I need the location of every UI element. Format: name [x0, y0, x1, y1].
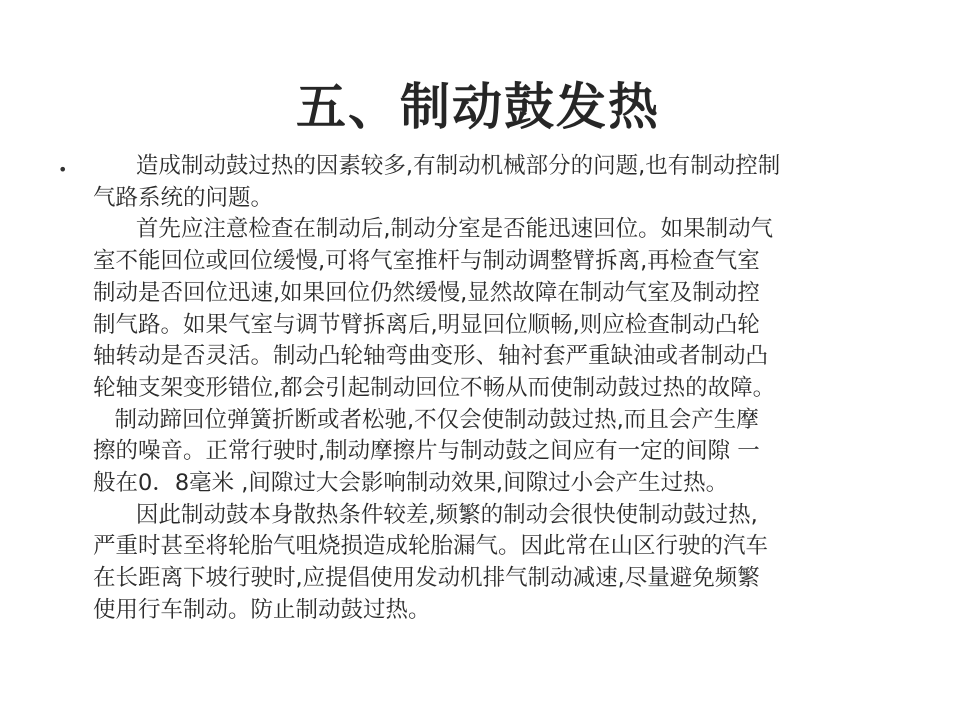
text-line: 制动蹄回位弹簧折断或者松驰,不仅会使制动鼓过热,而且会产生摩 — [93, 405, 913, 437]
text-line: 般在0．8毫米 ,间隙过大会影响制动效果,间隙过小会产生过热。 — [93, 468, 913, 500]
text-line: 首先应注意检查在制动后,制动分室是否能迅速回位。如果制动气 — [93, 214, 913, 246]
bullet-icon: • — [58, 160, 67, 179]
text-line: 轴转动是否灵活。制动凸轮轴弯曲变形、轴衬套严重缺油或者制动凸 — [93, 341, 913, 373]
text-line: 轮轴支架变形错位,都会引起制动回位不畅从而使制动鼓过热的故障。 — [93, 373, 913, 405]
text-line: 造成制动鼓过热的因素较多,有制动机械部分的问题,也有制动控制 — [93, 151, 913, 183]
slide-body-text: 造成制动鼓过热的因素较多,有制动机械部分的问题,也有制动控制 气路系统的问题。 … — [93, 151, 913, 627]
text-line: 在长距离下坡行驶时,应提倡使用发动机排气制动减速,尽量避免频繁 — [93, 563, 913, 595]
text-line: 擦的噪音。正常行驶时,制动摩擦片与制动鼓之间应有一定的间隙 一 — [93, 436, 913, 468]
text-line: 制气路。如果气室与调节臂拆离后,明显回位顺畅,则应检查制动凸轮 — [93, 310, 913, 342]
slide: 五、制动鼓发热 • 造成制动鼓过热的因素较多,有制动机械部分的问题,也有制动控制… — [0, 0, 956, 717]
text-line: 严重时甚至将轮胎气咀烧损造成轮胎漏气。因此常在山区行驶的汽车 — [93, 531, 913, 563]
text-line: 气路系统的问题。 — [93, 183, 913, 215]
text-line: 使用行车制动。防止制动鼓过热。 — [93, 595, 913, 627]
text-line: 因此制动鼓本身散热条件较差,频繁的制动会很快使制动鼓过热, — [93, 500, 913, 532]
text-line: 室不能回位或回位缓慢,可将气室推杆与制动调整臂拆离,再检查气室 — [93, 246, 913, 278]
text-line: 制动是否回位迅速,如果回位仍然缓慢,显然故障在制动气室及制动控 — [93, 278, 913, 310]
slide-title: 五、制动鼓发热 — [0, 72, 956, 142]
